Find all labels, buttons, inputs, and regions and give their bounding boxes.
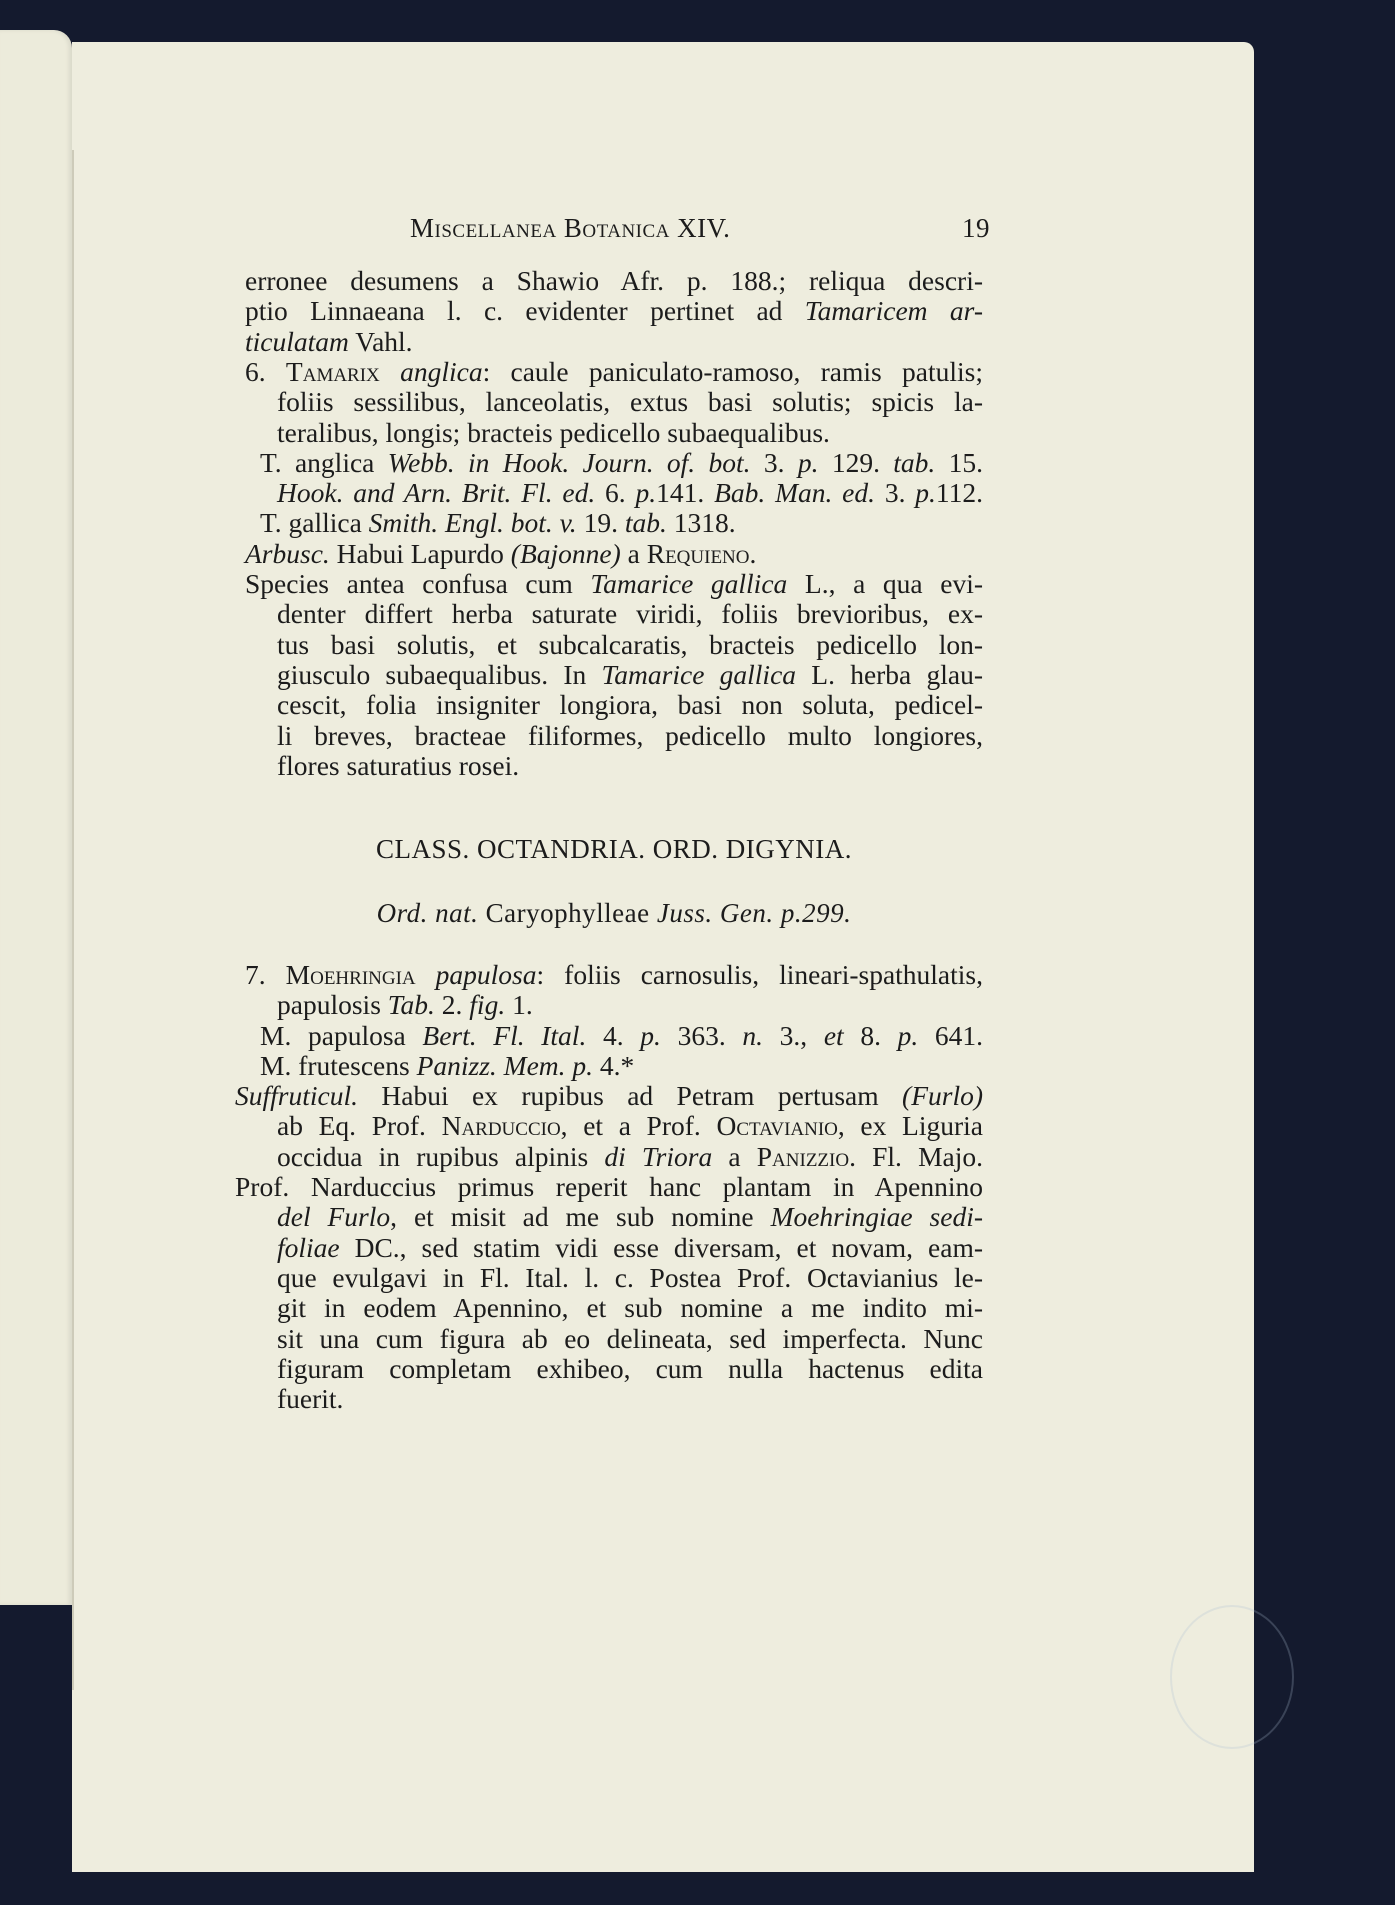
text-line: foliae DC., sed statim vidi esse diversa… xyxy=(245,1233,983,1263)
page-number: 19 xyxy=(962,213,990,244)
synonym-line: T. anglica Webb. in Hook. Journ. of. bot… xyxy=(245,448,983,478)
text-line: denter differt herba saturate viridi, fo… xyxy=(245,599,983,629)
text-line: Prof. Narduccius primus reperit hanc pla… xyxy=(235,1172,983,1202)
text-line: erronee desumens a Shawio Afr. p. 188.; … xyxy=(245,266,983,296)
text-line: ticulatam Vahl. xyxy=(245,327,983,357)
text-line: foliis sessilibus, lanceolatis, extus ba… xyxy=(245,387,983,417)
habitat-line: ab Eq. Prof. Narduccio, et a Prof. Octav… xyxy=(245,1111,983,1141)
gutter-line xyxy=(72,150,74,1690)
library-stamp-faint xyxy=(1170,1605,1294,1749)
text-line: tus basi solutis, et subcalcaratis, brac… xyxy=(245,630,983,660)
ord-nat-line: Ord. nat. Caryophylleae Juss. Gen. p.299… xyxy=(245,898,983,929)
synonym-line: Hook. and Arn. Brit. Fl. ed. 6. p.141. B… xyxy=(245,478,983,508)
text-line: Species antea confusa cum Tamarice galli… xyxy=(245,569,983,599)
synonym-line: M. papulosa Bert. Fl. Ital. 4. p. 363. n… xyxy=(245,1021,983,1051)
continuation-paragraph: erronee desumens a Shawio Afr. p. 188.; … xyxy=(245,266,983,357)
running-head: Miscellanea Botanica XIV. 19 xyxy=(410,213,990,244)
habitat-line: occidua in rupibus alpinis di Triora a P… xyxy=(245,1142,983,1172)
text-line: li breves, bracteae filiformes, pedicell… xyxy=(245,721,983,751)
habitat-line: Arbusc. Habui Lapurdo (Bajonne) a Requie… xyxy=(245,539,983,569)
text-line: giusculo subaequalibus. In Tamarice gall… xyxy=(245,660,983,690)
text-line: papulosis Tab. 2. fig. 1. xyxy=(245,990,983,1020)
habitat-line: Suffruticul. Habui ex rupibus ad Petram … xyxy=(235,1081,983,1111)
synonym-line: M. frutescens Panizz. Mem. p. 4.* xyxy=(245,1051,983,1081)
entry-heading-line: 7. Moehringia papulosa: foliis carnosuli… xyxy=(245,960,983,990)
text-line: sit una cum figura ab eo delineata, sed … xyxy=(245,1324,983,1354)
entry-7-moehringia-papulosa: 7. Moehringia papulosa: foliis carnosuli… xyxy=(245,960,983,1414)
text-line: cescit, folia insigniter longiora, basi … xyxy=(245,690,983,720)
text-line: ptio Linnaeana l. c. evidenter pertinet … xyxy=(245,296,983,326)
text-line: figuram completam exhibeo, cum nulla hac… xyxy=(245,1354,983,1384)
entry-6-tamarix-anglica: 6. Tamarix anglica: caule paniculato-ram… xyxy=(245,357,983,781)
running-title: Miscellanea Botanica XIV. xyxy=(410,213,730,243)
text-line: del Furlo, et misit ad me sub nomine Moe… xyxy=(245,1202,983,1232)
text-line: fuerit. xyxy=(245,1384,983,1414)
facing-page-edge xyxy=(0,30,72,1605)
class-heading: CLASS. OCTANDRIA. ORD. DIGYNIA. xyxy=(245,834,983,865)
text-line: que evulgavi in Fl. Ital. l. c. Postea P… xyxy=(245,1263,983,1293)
entry-heading-line: 6. Tamarix anglica: caule paniculato-ram… xyxy=(245,357,983,387)
text-line: teralibus, longis; bracteis pedicello su… xyxy=(245,418,983,448)
text-line: git in eodem Apennino, et sub nomine a m… xyxy=(245,1293,983,1323)
synonym-line: T. gallica Smith. Engl. bot. v. 19. tab.… xyxy=(245,508,983,538)
text-line: flores saturatius rosei. xyxy=(245,751,983,781)
